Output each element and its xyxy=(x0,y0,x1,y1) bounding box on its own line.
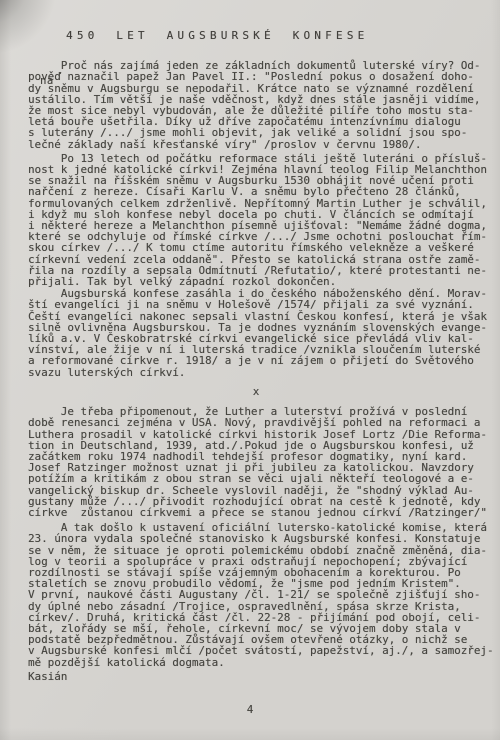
paragraph-intro-pope-quote: Proč nás zajímá jeden ze základních doku… xyxy=(28,60,484,150)
document-page: 450 LET AUGSBURSKÉ KONFESE Proč nás zají… xyxy=(0,0,500,740)
typed-insertion-correction: na xyxy=(40,76,54,87)
paragraph-reformation-history: Po 13 letech od počátku reformace stáli … xyxy=(28,153,484,287)
page-title: 450 LET AUGSBURSKÉ KONFESE xyxy=(66,30,484,41)
author-signature: Kasián xyxy=(28,671,484,682)
page-number: 4 xyxy=(0,704,500,715)
paragraph-czech-context: Augsburská konfese zasáhla i do českého … xyxy=(28,288,484,378)
section-separator-x: x xyxy=(28,386,484,397)
paragraph-luther-renaissance: Je třeba připomenout, že Luther a luters… xyxy=(28,406,484,518)
paragraph-joint-commission: A tak došlo k ustavení oficiální lutersk… xyxy=(28,522,484,668)
